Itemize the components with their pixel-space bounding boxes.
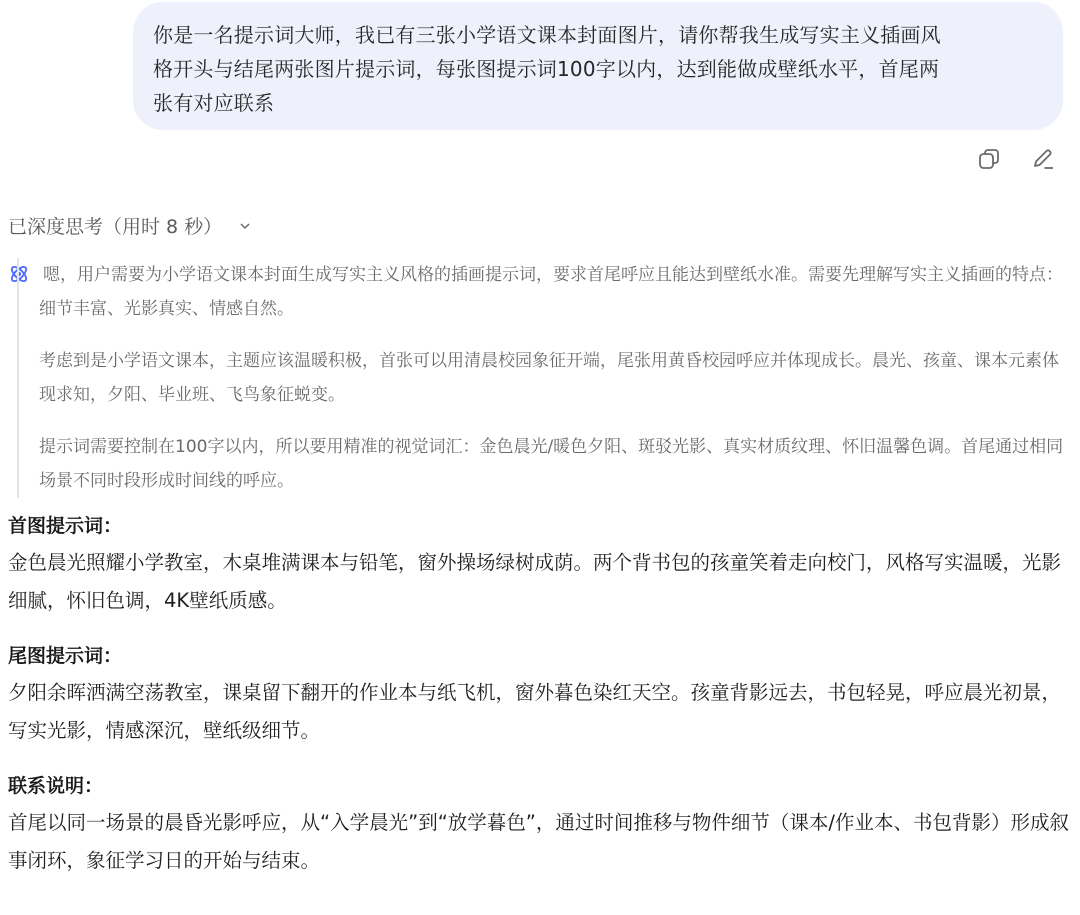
edit-button[interactable] [1029, 145, 1057, 173]
answer-section-connection: 联系说明： 首尾以同一场景的晨昏光影呼应，从“入学晨光”到“放学暮色”，通过时间… [8, 768, 1072, 880]
section-body: 首尾以同一场景的晨昏光影呼应，从“入学晨光”到“放学暮色”，通过时间推移与物件细… [8, 804, 1072, 880]
thinking-paragraph: 提示词需要控制在100字以内，所以要用精准的视觉词汇：金色晨光/暖色夕阳、斑驳光… [39, 430, 1072, 498]
deep-think-toggle[interactable]: 已深度思考（用时 8 秒） [8, 212, 252, 239]
pencil-icon [1031, 147, 1055, 171]
chevron-down-icon [238, 219, 252, 233]
section-body: 夕阳余晖洒满空荡教室，课桌留下翻开的作业本与纸飞机，窗外暮色染红天空。孩童背影远… [8, 674, 1072, 750]
section-title: 尾图提示词： [8, 638, 1072, 674]
assistant-answer: 首图提示词： 金色晨光照耀小学教室，木桌堆满课本与铅笔，窗外操场绿树成荫。两个背… [8, 508, 1072, 898]
section-title: 联系说明： [8, 768, 1072, 804]
thinking-paragraph: 考虑到是小学语文课本，主题应该温暖积极，首张可以用清晨校园象征开端，尾张用黄昏校… [39, 344, 1072, 412]
user-message-bubble: 你是一名提示词大师，我已有三张小学语文课本封面图片，请你帮我生成写实主义插画风 … [133, 2, 1063, 130]
message-actions [975, 145, 1057, 173]
deep-think-content: 嗯，用户需要为小学语文课本封面生成写实主义风格的插画提示词，要求首尾呼应且能达到… [17, 258, 1072, 498]
user-message-line: 你是一名提示词大师，我已有三张小学语文课本封面图片，请你帮我生成写实主义插画风 [153, 18, 1043, 52]
section-body: 金色晨光照耀小学教室，木桌堆满课本与铅笔，窗外操场绿树成荫。两个背书包的孩童笑着… [8, 544, 1072, 620]
section-title: 首图提示词： [8, 508, 1072, 544]
answer-section-ending-prompt: 尾图提示词： 夕阳余晖洒满空荡教室，课桌留下翻开的作业本与纸飞机，窗外暮色染红天… [8, 638, 1072, 750]
user-message-line: 格开头与结尾两张图片提示词，每张图提示词100字以内，达到能做成壁纸水平，首尾两 [153, 52, 1043, 86]
thinking-paragraph: 嗯，用户需要为小学语文课本封面生成写实主义风格的插画提示词，要求首尾呼应且能达到… [39, 258, 1072, 326]
user-message-text: 你是一名提示词大师，我已有三张小学语文课本封面图片，请你帮我生成写实主义插画风 … [153, 18, 1043, 120]
deep-think-header-label: 已深度思考（用时 8 秒） [8, 212, 222, 239]
copy-button[interactable] [975, 145, 1003, 173]
answer-section-opening-prompt: 首图提示词： 金色晨光照耀小学教室，木桌堆满课本与铅笔，窗外操场绿树成荫。两个背… [8, 508, 1072, 620]
user-message-line: 张有对应联系 [153, 86, 1043, 120]
copy-icon [977, 147, 1001, 171]
